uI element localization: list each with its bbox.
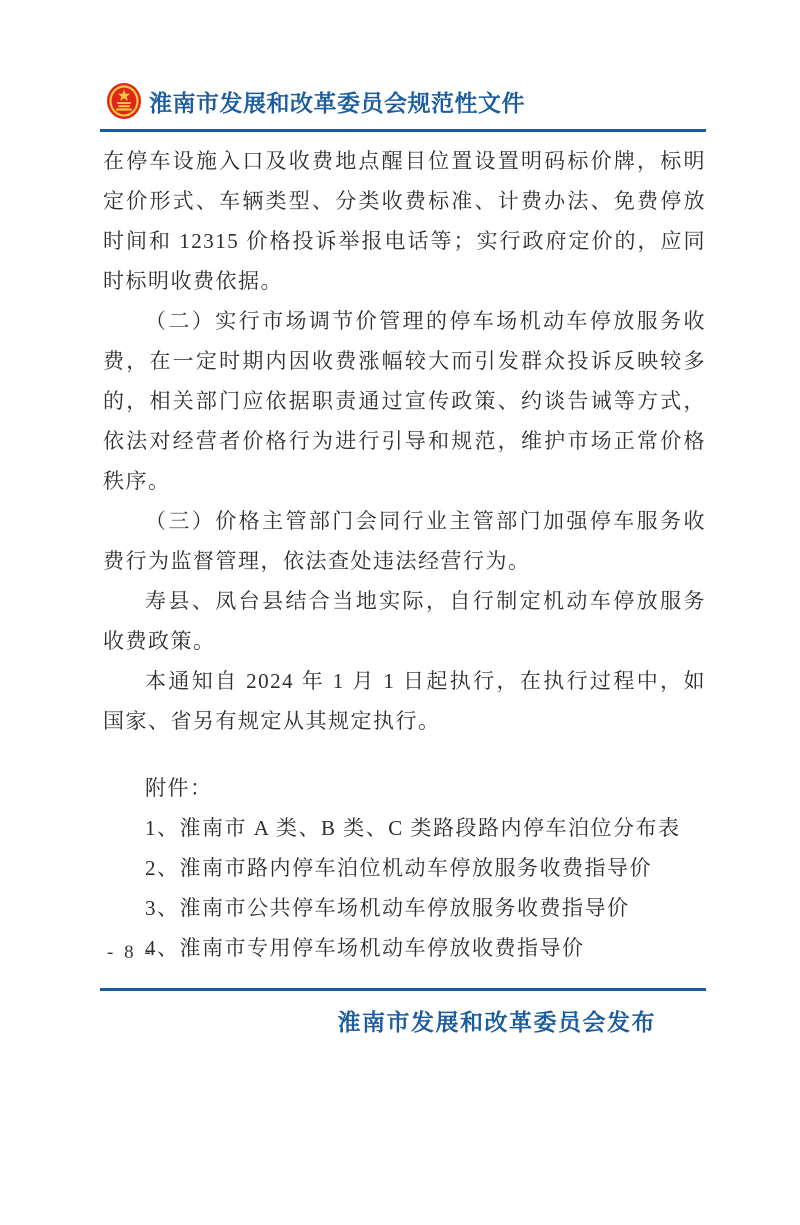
- document-header-title: 淮南市发展和改革委员会规范性文件: [149, 85, 525, 118]
- attachments-section: 附件： 1、淮南市 A 类、B 类、C 类路段路内停车泊位分布表 2、淮南市路内…: [103, 768, 706, 968]
- document-header: 淮南市发展和改革委员会规范性文件: [106, 82, 525, 120]
- attachment-item: 3、淮南市公共停车场机动车停放服务收费指导价: [103, 888, 706, 928]
- header-divider-line: [100, 129, 706, 132]
- body-paragraph: （二）实行市场调节价管理的停车场机动车停放服务收费，在一定时期内因收费涨幅较大而…: [103, 301, 706, 501]
- body-paragraph: 在停车设施入口及收费地点醒目位置设置明码标价牌，标明定价形式、车辆类型、分类收费…: [103, 141, 706, 301]
- body-paragraph: 寿县、凤台县结合当地实际，自行制定机动车停放服务收费政策。: [103, 581, 706, 661]
- national-emblem-icon: [106, 82, 142, 120]
- attachments-label: 附件：: [103, 768, 706, 808]
- attachment-item: 4、淮南市专用停车场机动车停放收费指导价: [103, 928, 706, 968]
- page-number: - 8 -: [107, 942, 154, 964]
- attachment-item: 1、淮南市 A 类、B 类、C 类路段路内停车泊位分布表: [103, 808, 706, 848]
- body-paragraph: 本通知自 2024 年 1 月 1 日起执行，在执行过程中，如国家、省另有规定从…: [103, 661, 706, 741]
- document-page: 淮南市发展和改革委员会规范性文件 在停车设施入口及收费地点醒目位置设置明码标价牌…: [0, 0, 800, 1225]
- body-paragraph: （三）价格主管部门会同行业主管部门加强停车服务收费行为监督管理，依法查处违法经营…: [103, 501, 706, 581]
- footer-publisher: 淮南市发展和改革委员会发布: [100, 1004, 706, 1037]
- document-body: 在停车设施入口及收费地点醒目位置设置明码标价牌，标明定价形式、车辆类型、分类收费…: [103, 141, 706, 968]
- footer-divider-line: [100, 988, 706, 991]
- attachment-item: 2、淮南市路内停车泊位机动车停放服务收费指导价: [103, 848, 706, 888]
